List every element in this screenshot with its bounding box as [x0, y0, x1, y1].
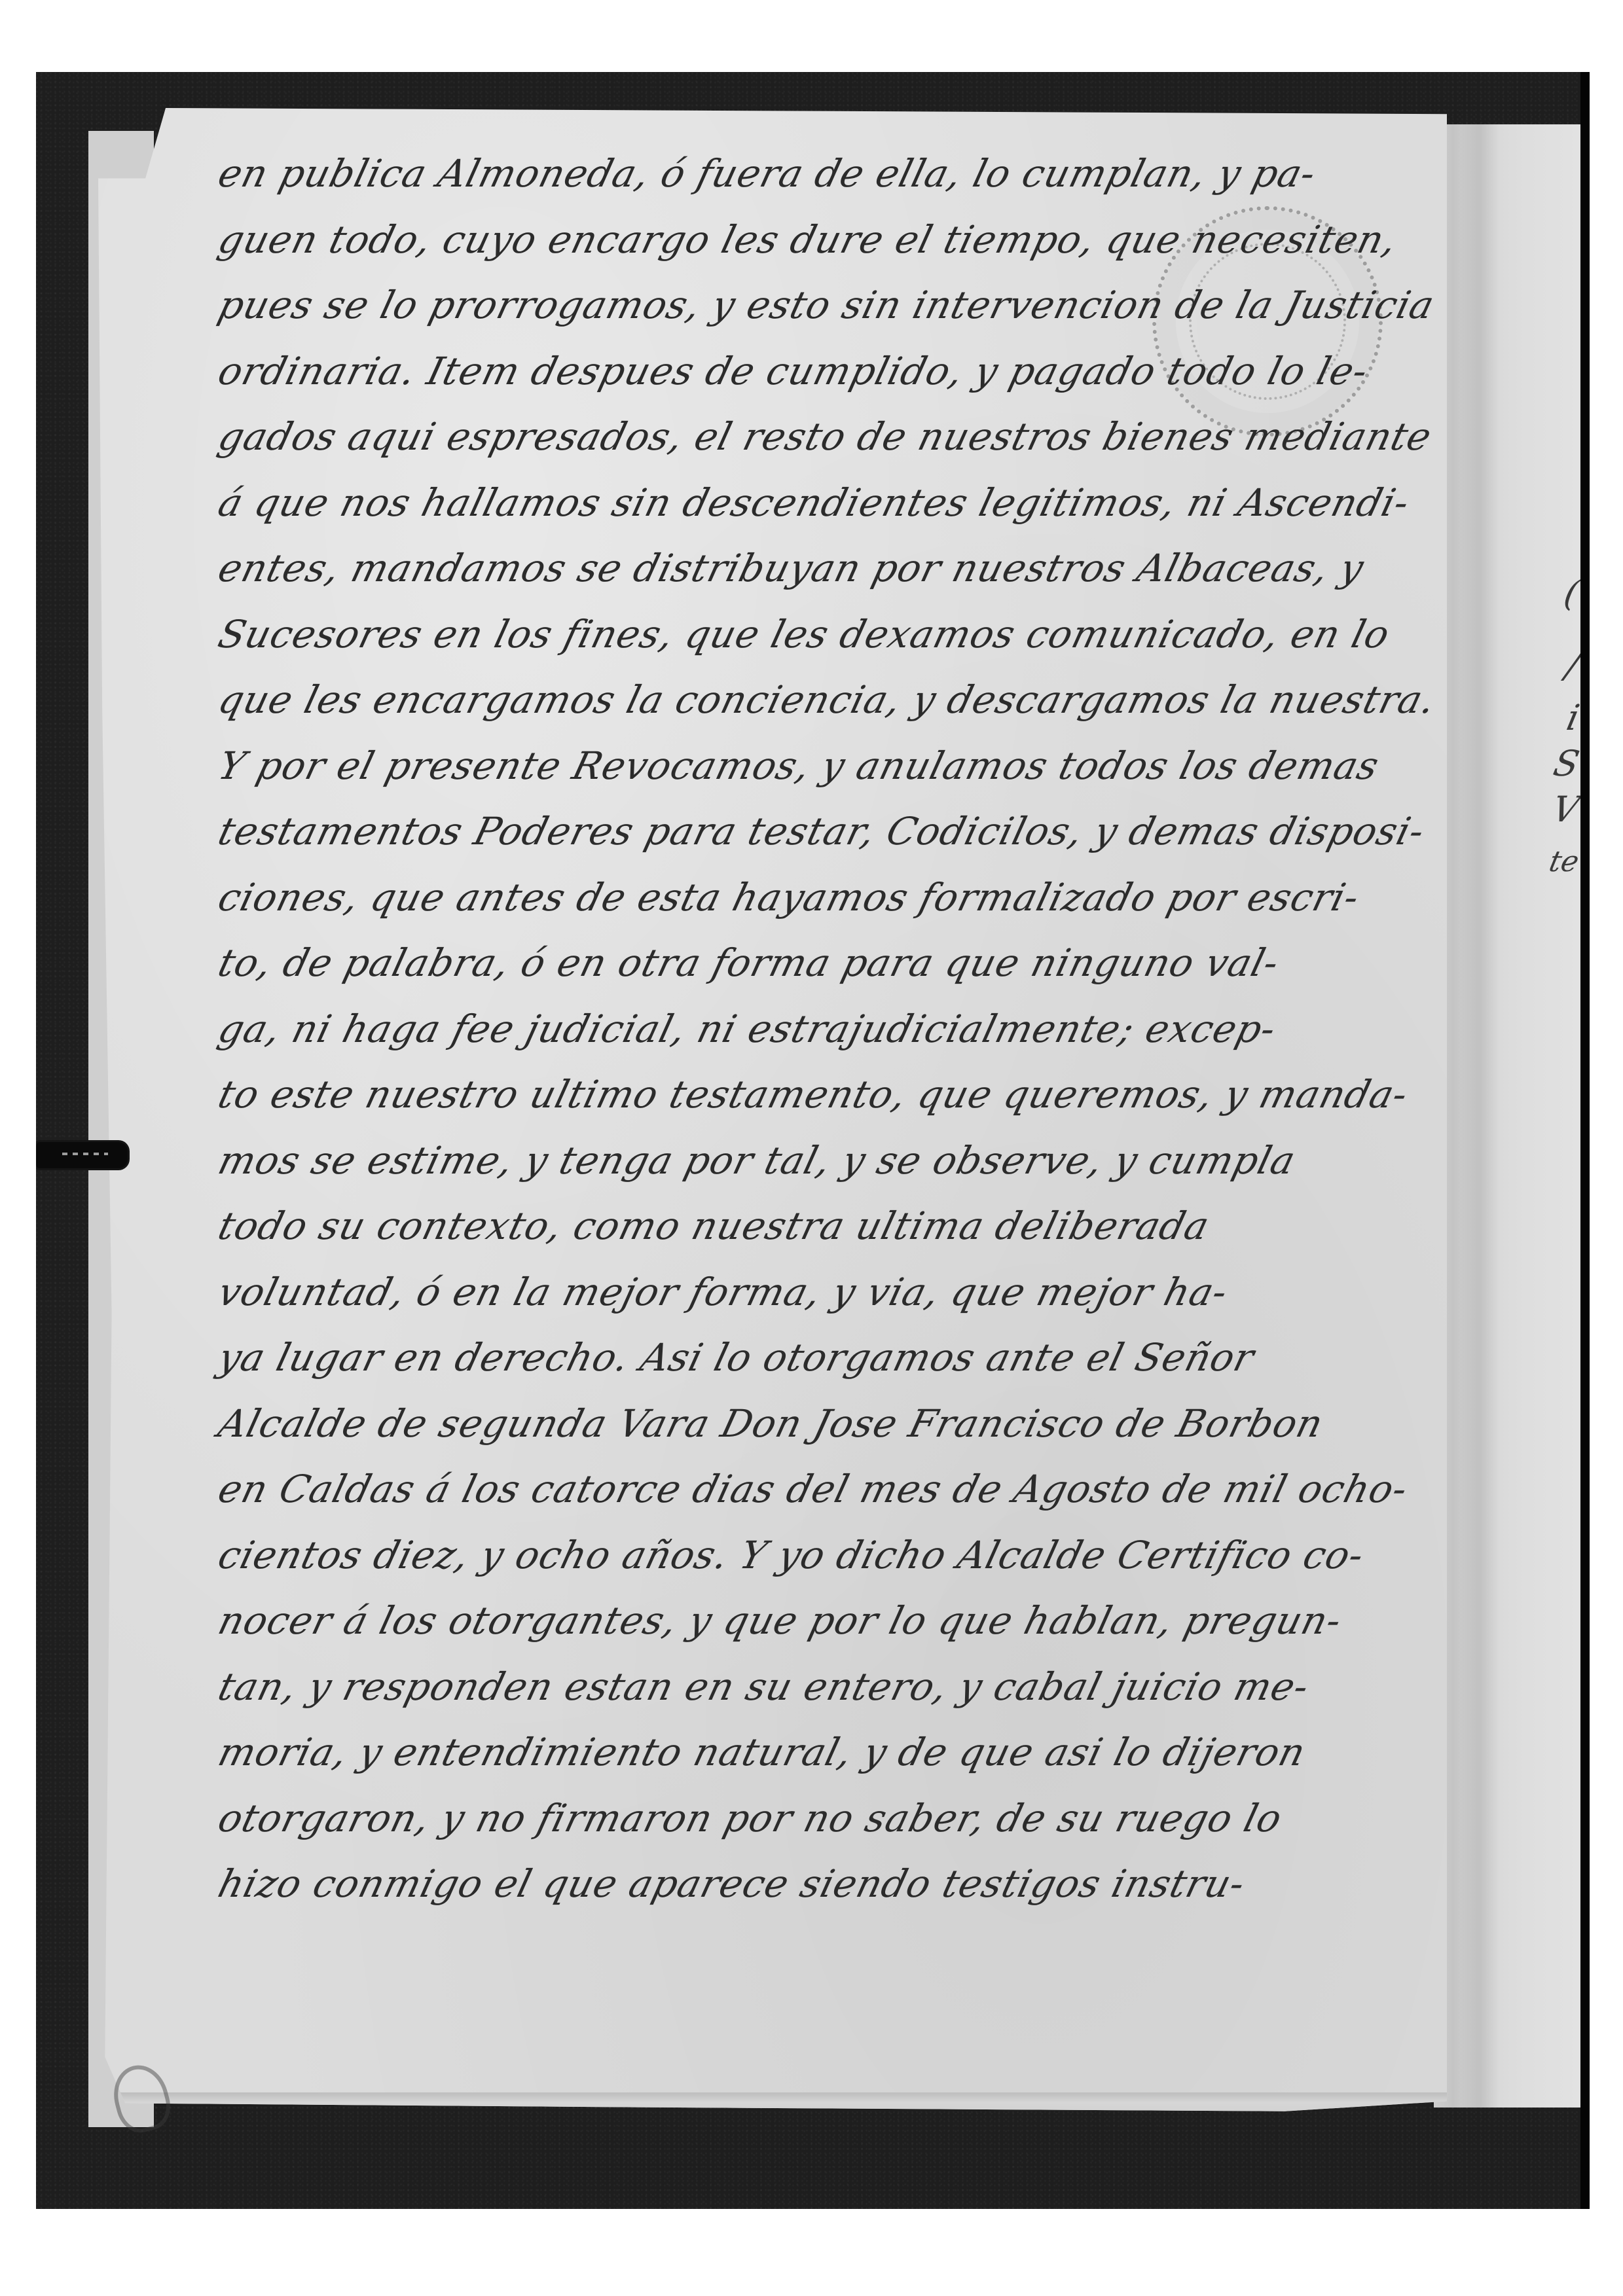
manuscript-line: Sucesores en los fines, que les dexamos … — [211, 601, 1340, 668]
manuscript-line: ciones, que antes de esta hayamos formal… — [211, 865, 1340, 931]
manuscript-line: en Caldas á los catorce dias del mes de … — [211, 1456, 1340, 1522]
manuscript-line: pues se lo prorrogamos, y esto sin inter… — [211, 272, 1340, 338]
manuscript-line: en publica Almoneda, ó fuera de ella, lo… — [211, 141, 1340, 207]
manuscript-line: Y por el presente Revocamos, y anulamos … — [211, 733, 1340, 799]
manuscript-line: á que nos hallamos sin descendientes leg… — [211, 470, 1340, 536]
manuscript-line: entes, mandamos se distribuyan por nuest… — [211, 535, 1340, 601]
manuscript-line: to, de palabra, ó en otra forma para que… — [211, 930, 1340, 996]
torn-bottom-edge — [98, 2092, 1447, 2117]
manuscript-line: testamentos Poderes para testar, Codicil… — [211, 798, 1340, 865]
manuscript-line: mos se estime, y tenga por tal, y se obs… — [211, 1128, 1340, 1194]
binding-tab — [36, 1142, 128, 1168]
manuscript-line: ga, ni haga fee judicial, ni estrajudici… — [211, 996, 1340, 1062]
manuscript-line: voluntad, ó en la mejor forma, y via, qu… — [211, 1259, 1340, 1325]
manuscript-line: que les encargamos la conciencia, y desc… — [211, 667, 1340, 733]
frame-edge — [1580, 72, 1590, 2209]
manuscript-line: ordinaria. Item despues de cumplido, y p… — [211, 338, 1340, 404]
margin-fragment: ( — [1561, 576, 1582, 611]
manuscript-line: ya lugar en derecho. Asi lo otorgamos an… — [211, 1325, 1340, 1391]
manuscript-text: en publica Almoneda, ó fuera de ella, lo… — [219, 141, 1332, 1917]
manuscript-line: otorgaron, y no firmaron por no saber, d… — [211, 1785, 1340, 1852]
manuscript-line: moria, y entendimiento natural, y de que… — [211, 1719, 1340, 1785]
margin-fragment: / — [1563, 648, 1582, 683]
manuscript-line: cientos diez, y ocho años. Y yo dicho Al… — [211, 1522, 1340, 1588]
fold-shadow — [1460, 124, 1499, 2108]
margin-fragment: S — [1550, 746, 1582, 781]
manuscript-line: gados aqui espresados, el resto de nuest… — [211, 404, 1340, 470]
manuscript-line: guen todo, cuyo encargo les dure el tiem… — [211, 207, 1340, 273]
manuscript-line: hizo conmigo el que aparece siendo testi… — [211, 1851, 1340, 1917]
manuscript-line: to este nuestro ultimo testamento, que q… — [211, 1062, 1340, 1128]
margin-fragment: V — [1549, 792, 1582, 827]
adjacent-leaf: ( / i S V te — [1434, 124, 1581, 2108]
manuscript-line: Alcalde de segunda Vara Don Jose Francis… — [211, 1391, 1340, 1457]
manuscript-line: todo su contexto, como nuestra ultima de… — [211, 1193, 1340, 1259]
manuscript-line: tan, y responden estan en su entero, y c… — [211, 1654, 1340, 1720]
margin-fragment: i — [1563, 700, 1582, 736]
margin-fragment: te — [1547, 848, 1582, 876]
manuscript-line: nocer á los otorgantes, y que por lo que… — [211, 1588, 1340, 1654]
